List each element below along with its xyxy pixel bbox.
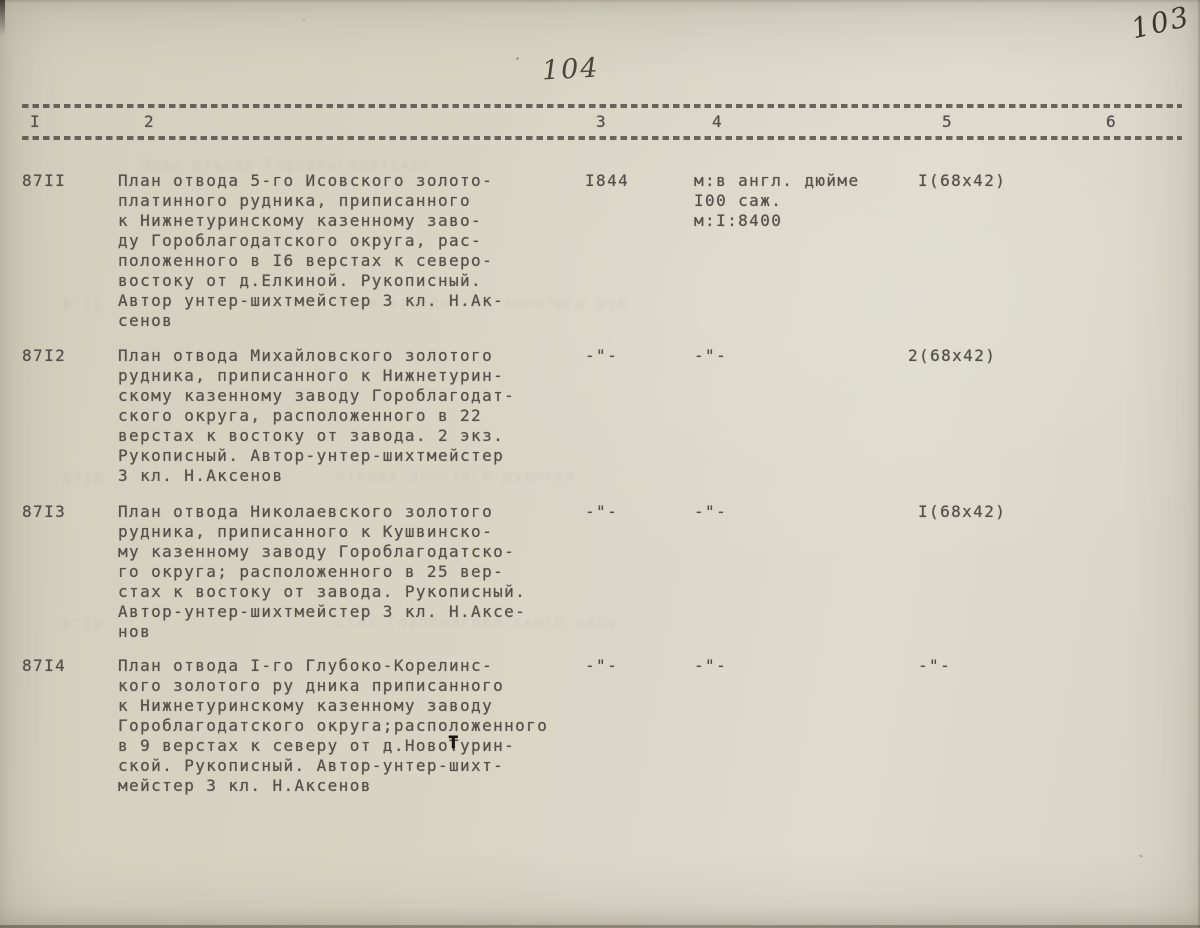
- entry-date: -"-: [585, 656, 618, 676]
- entry-scale: -"-: [694, 346, 727, 366]
- entry-number: 87I3: [22, 502, 66, 522]
- entry-quantity-size: 2(68x42): [908, 346, 996, 366]
- entry-scale: -"-: [694, 656, 727, 676]
- scanned-archive-page: 103 104 План отвода Гороблагодатског 87I…: [0, 0, 1200, 928]
- entry-date: -"-: [585, 346, 618, 366]
- header-dashed-rule-bottom: [22, 136, 1182, 140]
- entry-quantity-size: -"-: [918, 656, 951, 676]
- column-header-5: 5: [942, 112, 953, 132]
- column-header-6: 6: [1106, 112, 1117, 132]
- entry-date: -"-: [585, 502, 618, 522]
- entry-description: План отвода I-го Глубоко-Корелинс- кого …: [118, 656, 618, 796]
- column-header-1: I: [30, 112, 41, 132]
- entry-description: План отвода Михайловского золотого рудни…: [118, 346, 618, 486]
- dust-speck: [303, 19, 305, 21]
- entry-number: 87I2: [22, 346, 66, 366]
- bleed-through-text: 87I9: [62, 616, 104, 634]
- scan-edge-shadow: [0, 0, 5, 36]
- entry-quantity-size: I(68x42): [918, 502, 1006, 522]
- entry-quantity-size: I(68x42): [918, 171, 1006, 191]
- handwritten-page-number: 104: [541, 53, 600, 87]
- bleed-through-text: 87I8: [62, 470, 104, 488]
- dust-speck: [516, 57, 519, 60]
- entry-number: 87II: [22, 171, 66, 191]
- entry-date: I844: [585, 171, 629, 191]
- bleed-through-text: 87I6: [62, 296, 104, 314]
- handwritten-corner-page-number: 103: [1128, 0, 1193, 45]
- entry-scale: -"-: [694, 502, 727, 522]
- entry-number: 87I4: [22, 656, 66, 676]
- column-header-2: 2: [144, 112, 155, 132]
- entry-description: План отвода 5-го Исовского золото- плати…: [118, 171, 618, 331]
- overstrike-correction-letter: Т: [448, 733, 458, 753]
- entry-description: План отвода Николаевского золотого рудни…: [118, 502, 618, 642]
- column-header-3: 3: [596, 112, 607, 132]
- dust-speck: [1139, 854, 1143, 858]
- scan-edge-shadow: [0, 0, 1200, 2]
- column-header-4: 4: [712, 112, 723, 132]
- header-dashed-rule-top: [22, 104, 1182, 108]
- entry-scale: м:в англ. дюйме I00 саж. м:I:8400: [694, 171, 860, 231]
